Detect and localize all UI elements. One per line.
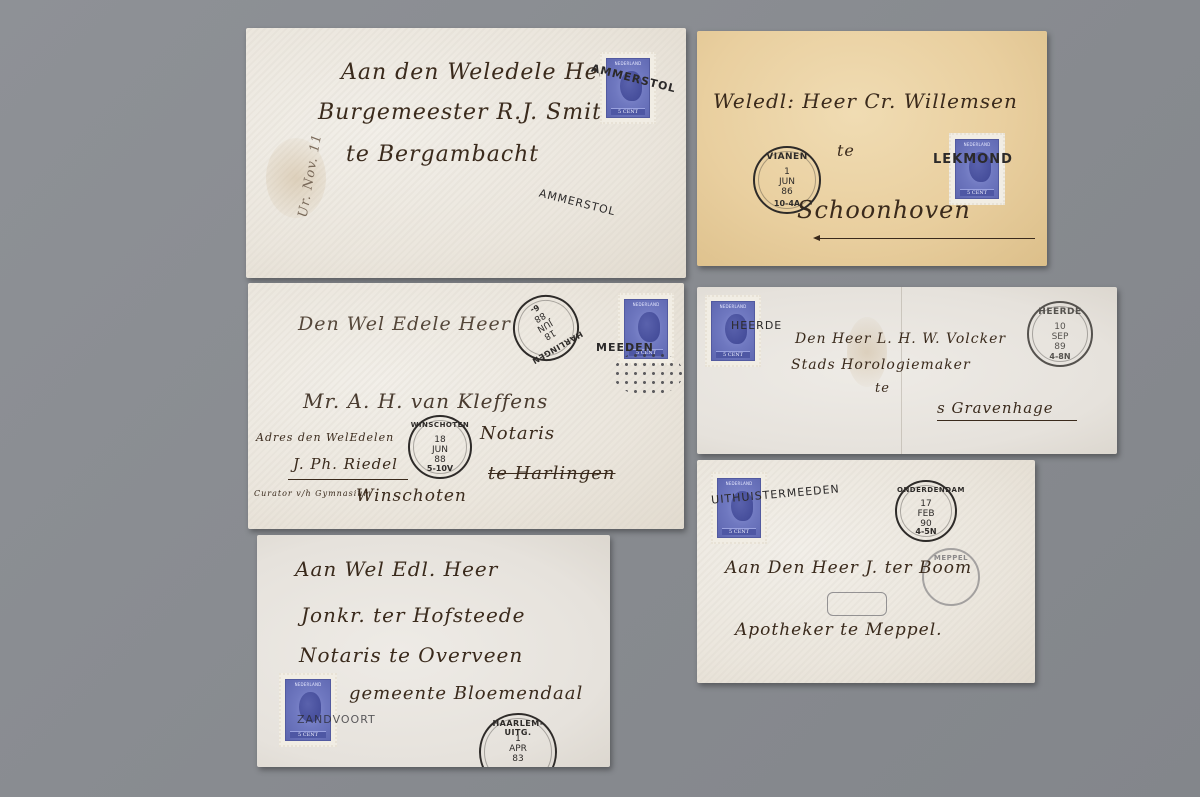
address-line-3: te Bergambacht (346, 142, 539, 167)
address-line-2: te (837, 141, 855, 160)
address-underline (937, 420, 1077, 421)
stamp: NEDERLAND5 CENT (949, 133, 1005, 205)
dotted-numeral-cancel (613, 351, 683, 396)
address-line-2: Stads Horologiemaker (791, 357, 971, 373)
rectangular-p-mark (827, 592, 887, 616)
address-line-1: Aan den Weledele Heer (341, 60, 624, 85)
address-line-1: Aan Wel Edl. Heer (295, 557, 498, 581)
address-line-3: te (875, 381, 890, 396)
cover-uithuistermeeden: NEDERLAND5 CENT UITHUISTERMEEDEN ONDERDE… (697, 460, 1035, 683)
sender-underline (288, 479, 408, 480)
cover-lekmond: Weledl: Heer Cr. Willemsen te Schoonhove… (697, 31, 1047, 266)
address-line-2: Mr. A. H. van Kleffens (303, 389, 548, 413)
sender-line-3: Curator v/h Gymnasium (254, 489, 372, 498)
postmark-heerde: HEERDE 10SEP89 4-8N (1027, 301, 1093, 367)
cover-zandvoort: Aan Wel Edl. Heer Jonkr. ter Hofsteede N… (257, 535, 610, 767)
linear-cancel: HEERDE (731, 319, 782, 332)
linear-cancel: LEKMOND (933, 152, 1013, 167)
address-line-2: Burgemeester R.J. Smith (318, 100, 617, 125)
sender-line-4: Winschoten (356, 486, 467, 506)
address-line-1: Den Wel Edele Heer (298, 313, 511, 335)
linear-cancel: AMMERSTOL (538, 187, 617, 219)
postmark-vianen: VIANEN 1JUN86 10-4A (753, 146, 821, 214)
postmark-haarlem: HAARLEM-UITG. 1APR83 (479, 713, 557, 767)
address-line-4: gemeente Bloemendaal (349, 683, 583, 704)
address-line-1: Aan Den Heer J. ter Boom (725, 558, 972, 578)
address-line-1: Weledl: Heer Cr. Willemsen (713, 89, 1018, 113)
address-line-1: Den Heer L. H. W. Volcker (795, 331, 1006, 347)
sender-line-2: J. Ph. Riedel (293, 455, 398, 473)
underline-arrow (815, 238, 1035, 239)
postmark-winschoten: WINSCHOTEN 18JUN88 5-10V (408, 415, 472, 479)
sender-line-1: Adres den WelEdelen (256, 431, 394, 444)
king-portrait (638, 312, 660, 342)
address-line-3: Notaris te Overveen (299, 643, 523, 667)
stamp: NEDERLAND5 CENT (279, 673, 337, 747)
address-line-2: Jonkr. ter Hofsteede (301, 603, 525, 627)
linear-cancel: ZANDVOORT (297, 713, 376, 726)
stamp: NEDERLAND5 CENT (711, 472, 767, 544)
linear-cancel: MEEDEN (596, 341, 654, 354)
address-line-3: Schoonhoven (797, 196, 971, 224)
postmark-harlingen: HARLINGEN 18JUN88 6- (501, 283, 591, 373)
postmark-onderdendam: ONDERDENDAM 17FEB90 4-5N (895, 480, 957, 542)
address-line-4: s Gravenhage (937, 399, 1054, 417)
address-line-3: Notaris (480, 423, 555, 444)
cover-heerde: NEDERLAND5 CENT HEERDE Den Heer L. H. W.… (697, 287, 1117, 454)
address-line-4-crossed: te Harlingen (488, 463, 616, 484)
cover-meeden: Den Wel Edele Heer Mr. A. H. van Kleffen… (248, 283, 684, 529)
address-line-2: Apotheker te Meppel. (735, 620, 943, 640)
cover-ammerstol: Ur. Nov. 11 Aan den Weledele Heer Burgem… (246, 28, 686, 278)
foxing-stain (847, 317, 887, 387)
